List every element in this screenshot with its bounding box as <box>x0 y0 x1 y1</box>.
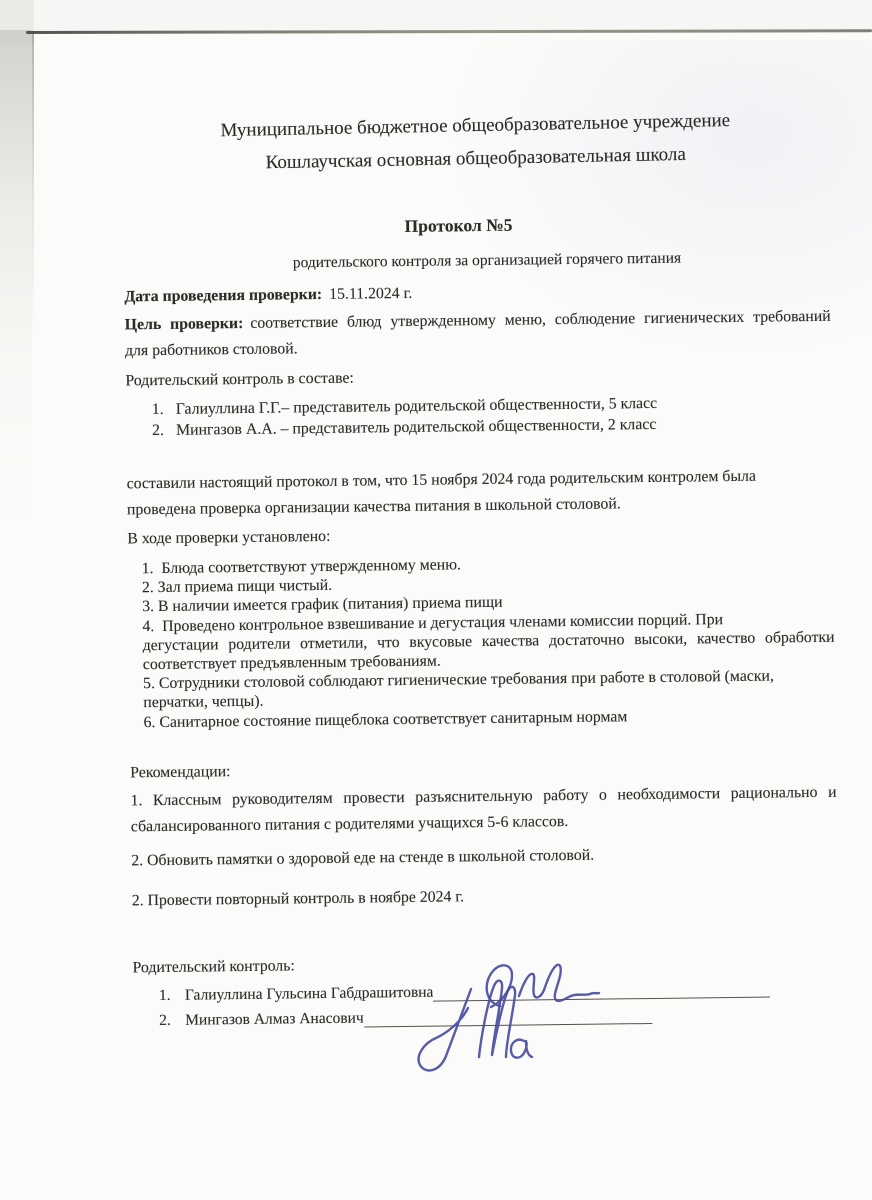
org-name-line-2: Кошлаучская основная общеобразовательная… <box>123 141 829 177</box>
protocol-subtitle: родительского контроля за организацией г… <box>134 247 840 276</box>
recommendation-2: 2. Обновить памятки о здоровой еде на ст… <box>131 840 837 874</box>
signer-2-name: Мингазов Алмаз Анасович <box>185 1010 364 1029</box>
protocol-statement: составили настоящий протокол в том, что … <box>127 463 834 523</box>
inspection-goal: Цель проверки:соответствие блюд утвержде… <box>125 304 832 364</box>
signature-line-2 <box>364 1011 652 1028</box>
committee-members: 1.Галиуллина Г.Г.– представитель родител… <box>126 391 832 442</box>
recommendation-3: 2. Провести повторный контроль в ноябре … <box>132 880 838 914</box>
signature-line-1 <box>433 985 770 1002</box>
findings-intro: В ходе проверки установлено: <box>127 518 833 552</box>
inspection-goal-label: Цель проверки: <box>125 315 244 333</box>
protocol-title: Протокол №5 <box>105 210 811 241</box>
signer-1-name: Галиуллина Гульсина Габдрашитовна <box>185 984 434 1004</box>
org-name-line-1: Муниципальное бюджетное общеобразователь… <box>122 108 828 144</box>
scanned-page: { "colors": { "ink": "#2b2b28", "signatu… <box>0 0 872 1200</box>
document: Муниципальное бюджетное общеобразователь… <box>0 0 872 1200</box>
inspection-date-label: Дата проведения проверки: <box>124 286 322 305</box>
inspection-date-value: 15.11.2024 г. <box>329 285 412 303</box>
signature-rows: 1.Галиуллина Гульсина Габдрашитовна 2.Ми… <box>133 975 840 1034</box>
committee-intro: Родительский контроль в составе: <box>125 360 831 394</box>
finding-item-4: 4. Проведено контрольное взвешивание и д… <box>142 608 835 674</box>
recommendation-1: 1. Классным руководителям провести разъя… <box>130 780 837 840</box>
findings-list: 1. Блюда соответствуют утвержденному мен… <box>128 551 836 732</box>
